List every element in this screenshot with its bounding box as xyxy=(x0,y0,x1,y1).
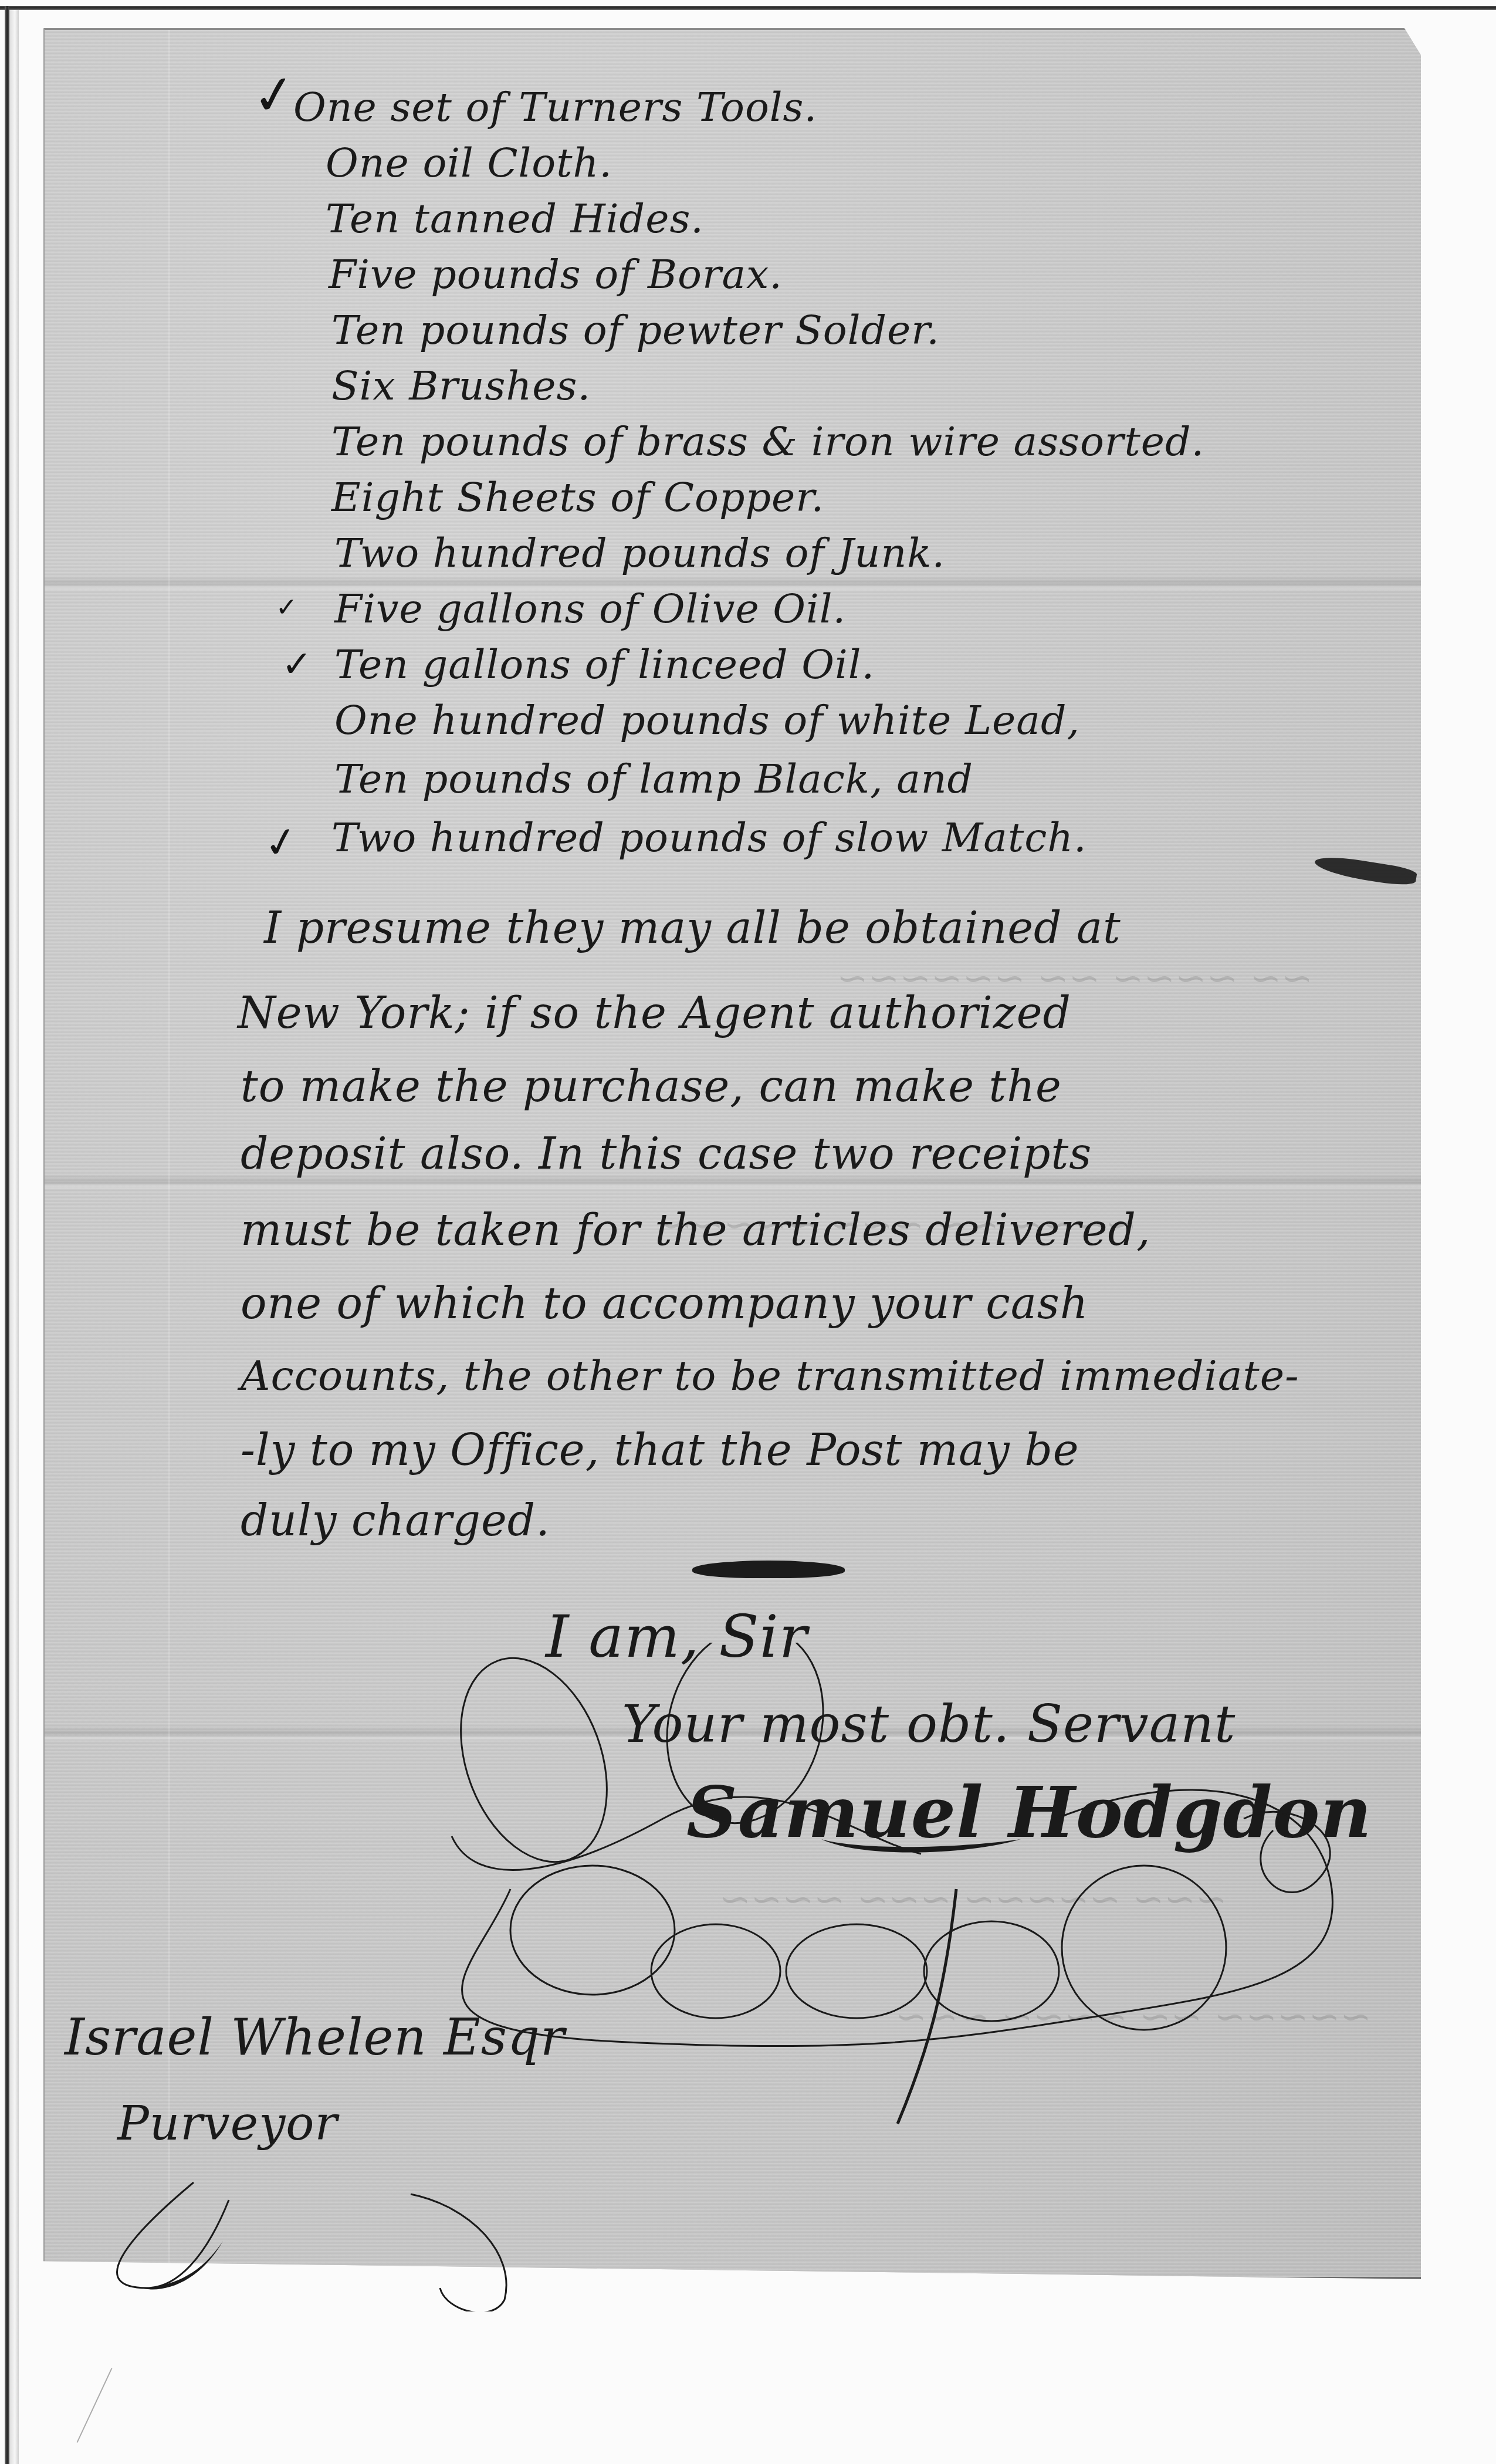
closing-valediction: Your most obt. Servant xyxy=(622,1698,1236,1750)
check-mark-icon: ✓ xyxy=(276,593,297,622)
body-line: duly charged. xyxy=(241,1499,550,1542)
scan-scratch-mark xyxy=(77,2368,113,2443)
body-line: deposit also. In this case two receipts xyxy=(241,1132,1092,1176)
scan-frame-left-edge xyxy=(5,6,9,2464)
list-item: Ten pounds of brass & iron wire assorted… xyxy=(331,422,1204,462)
bleed-through-text: ~~~~~ ~~ ~~~~ ~~~ xyxy=(895,1995,1372,2039)
list-item: One set of Turners Tools. xyxy=(293,88,817,128)
closing-salutation: I am, Sir xyxy=(546,1607,808,1666)
list-item: Two hundred pounds of Junk. xyxy=(334,534,945,574)
addressee-title: Purveyor xyxy=(117,2100,338,2147)
bleed-through-text: ~~~ ~~~~~ ~~~ ~~~~ xyxy=(719,1878,1227,1921)
list-item: Ten gallons of linceed Oil. xyxy=(334,645,875,685)
scan-frame-inner-margin xyxy=(9,10,19,2464)
list-item: Five pounds of Borax. xyxy=(329,255,783,295)
check-mark-icon: ✓ xyxy=(282,642,312,685)
body-line: one of which to accompany your cash xyxy=(241,1282,1088,1325)
body-line: -ly to my Office, that the Post may be xyxy=(241,1429,1079,1472)
ink-dash xyxy=(692,1561,845,1578)
list-item: Ten pounds of pewter Solder. xyxy=(331,311,940,351)
list-item: Ten pounds of lamp Black, and xyxy=(334,760,973,800)
vertical-crease xyxy=(168,30,170,2277)
list-item: One oil Cloth. xyxy=(326,144,612,184)
check-mark-icon: ✓ xyxy=(248,62,300,128)
list-item: Eight Sheets of Copper. xyxy=(331,478,824,518)
list-item: Ten tanned Hides. xyxy=(326,199,704,239)
list-item: Two hundred pounds of slow Match. xyxy=(331,818,1087,858)
body-line: must be taken for the articles delivered… xyxy=(241,1209,1150,1252)
signature: Samuel Hodgdon xyxy=(686,1778,1372,1848)
body-line: I presume they may all be obtained at xyxy=(264,906,1121,950)
body-line: Accounts, the other to be transmitted im… xyxy=(241,1355,1299,1396)
addressee-name: Israel Whelen Esqr xyxy=(65,2012,565,2063)
list-item: Five gallons of Olive Oil. xyxy=(334,590,846,629)
list-item: Six Brushes. xyxy=(331,367,591,407)
list-item: One hundred pounds of white Lead, xyxy=(334,701,1080,741)
scan-frame-top-edge xyxy=(0,6,1496,10)
body-line: to make the purchase, can make the xyxy=(241,1065,1062,1108)
body-line: New York; if so the Agent authorized xyxy=(238,991,1071,1035)
